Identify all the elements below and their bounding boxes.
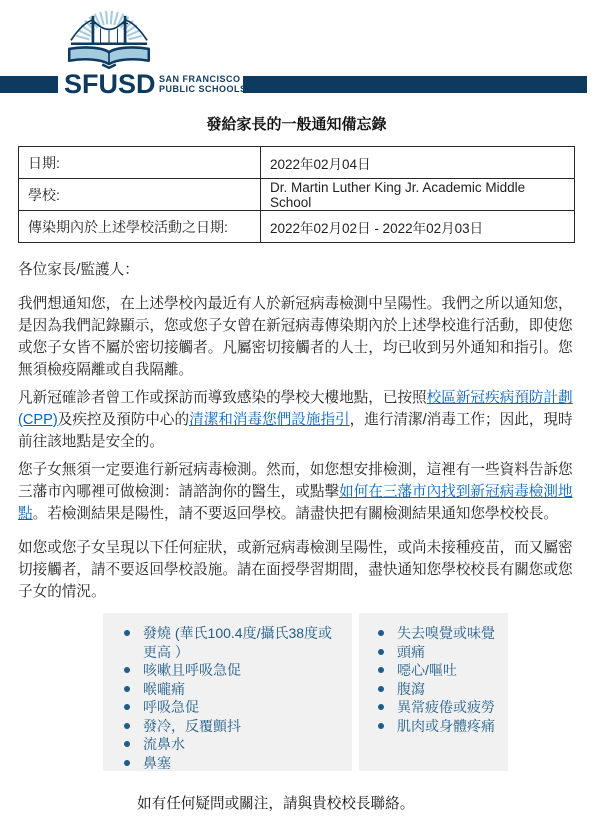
table-row-exposure-dates: 傳染期內於上述學校活動之日期: 2022年02月02日 - 2022年02月03… xyxy=(19,211,575,243)
letterhead-bar-right xyxy=(243,76,587,93)
paragraph-symptoms-warning: 如您或您子女呈現以下任何症狀，或新冠病毒檢測呈陽性，或尚未接種疫苗，而又屬密切接… xyxy=(18,537,575,603)
symptom-item: 喉嚨痛 xyxy=(103,680,352,699)
symptom-list-right: 失去嗅覺或味覺 頭痛 噁心/嘔吐 腹瀉 異常疲倦或疲勞 肌肉或身體疼痛 xyxy=(359,624,508,735)
letterhead: SFUSD SAN FRANCISCO PUBLIC SCHOOLS xyxy=(0,0,593,100)
symptom-item: 發燒 (華氏100.4度/攝氏38度或更高 ） xyxy=(103,624,352,661)
symptom-column-divider xyxy=(352,613,359,771)
table-row-school: 學校: Dr. Martin Luther King Jr. Academic … xyxy=(19,179,575,211)
symptom-item: 呼吸急促 xyxy=(103,698,352,717)
paragraph-cleaning-text-2: 及疾控及預防中心的 xyxy=(58,412,189,428)
symptom-item: 鼻塞 xyxy=(103,754,352,773)
cleaning-disinfecting-guidance-link[interactable]: 清潔和消毒您們設施指引 xyxy=(189,412,350,428)
table-row-date: 日期: 2022年02月04日 xyxy=(19,147,575,179)
date-label: 日期: xyxy=(19,147,261,179)
salutation: 各位家長/監護人： xyxy=(18,259,575,281)
symptom-item: 頭痛 xyxy=(359,643,508,662)
district-name-line2: PUBLIC SCHOOLS xyxy=(159,84,247,94)
symptom-item: 肌肉或身體疼痛 xyxy=(359,717,508,736)
open-book-icon xyxy=(69,47,149,67)
date-value: 2022年02月04日 xyxy=(261,147,575,179)
sfusd-logo-icon xyxy=(62,4,156,70)
symptom-item: 失去嗅覺或味覺 xyxy=(359,624,508,643)
memo-document: { "colors": { "navy": "#0e3a5f", "light_… xyxy=(0,0,593,820)
symptom-item: 發冷，反覆顫抖 xyxy=(103,717,352,736)
symptom-column-left: 發燒 (華氏100.4度/攝氏38度或更高 ） 咳嗽且呼吸急促 喉嚨痛 呼吸急促… xyxy=(103,613,352,771)
school-value: Dr. Martin Luther King Jr. Academic Midd… xyxy=(261,179,575,211)
symptom-item: 異常疲倦或疲勞 xyxy=(359,698,508,717)
closing-note: 如有任何疑問或關注，請與貴校校長聯絡。 xyxy=(137,793,593,815)
school-label: 學校: xyxy=(19,179,261,211)
info-table: 日期: 2022年02月04日 學校: Dr. Martin Luther Ki… xyxy=(18,146,575,243)
paragraph-testing-text-2: 。若檢測結果是陽性，請不要返回學校。請盡快把有關檢測結果通知您學校校長。 xyxy=(33,506,558,522)
symptom-table: 發燒 (華氏100.4度/攝氏38度或更高 ） 咳嗽且呼吸急促 喉嚨痛 呼吸急促… xyxy=(103,613,508,771)
paragraph-testing: 您子女無須一定要進行新冠病毒檢測。然而，如您想安排檢測，這裡有一些資料告訴您三藩… xyxy=(18,459,575,525)
paragraph-cleaning: 凡新冠確診者曾工作或探訪而導致感染的學校大樓地點，已按照校區新冠疾病預防計劃(C… xyxy=(18,387,575,453)
brand-row: SFUSD SAN FRANCISCO PUBLIC SCHOOLS xyxy=(0,72,593,96)
memo-title: 發給家長的一般通知備忘錄 xyxy=(0,116,593,134)
sfusd-wordmark: SFUSD xyxy=(64,69,156,100)
symptom-item: 流鼻水 xyxy=(103,735,352,754)
exposure-dates-label: 傳染期內於上述學校活動之日期: xyxy=(19,211,261,243)
symptom-item: 咳嗽且呼吸急促 xyxy=(103,661,352,680)
symptom-item: 噁心/嘔吐 xyxy=(359,661,508,680)
paragraph-cleaning-text-1: 凡新冠確診者曾工作或探訪而導致感染的學校大樓地點，已按照 xyxy=(18,390,427,406)
bridge-icon xyxy=(71,16,147,44)
symptom-column-right: 失去嗅覺或味覺 頭痛 噁心/嘔吐 腹瀉 異常疲倦或疲勞 肌肉或身體疼痛 xyxy=(359,613,508,771)
district-name-line1: SAN FRANCISCO xyxy=(159,74,247,84)
paragraph-notification: 我們想通知您，在上述學校內最近有人於新冠病毒檢測中呈陽性。我們之所以通知您，是因… xyxy=(18,293,575,381)
district-name: SAN FRANCISCO PUBLIC SCHOOLS xyxy=(159,74,247,94)
exposure-dates-value: 2022年02月02日 - 2022年02月03日 xyxy=(261,211,575,243)
symptom-list-left: 發燒 (華氏100.4度/攝氏38度或更高 ） 咳嗽且呼吸急促 喉嚨痛 呼吸急促… xyxy=(103,624,352,772)
symptom-item: 腹瀉 xyxy=(359,680,508,699)
letterhead-bar-left xyxy=(0,76,58,93)
